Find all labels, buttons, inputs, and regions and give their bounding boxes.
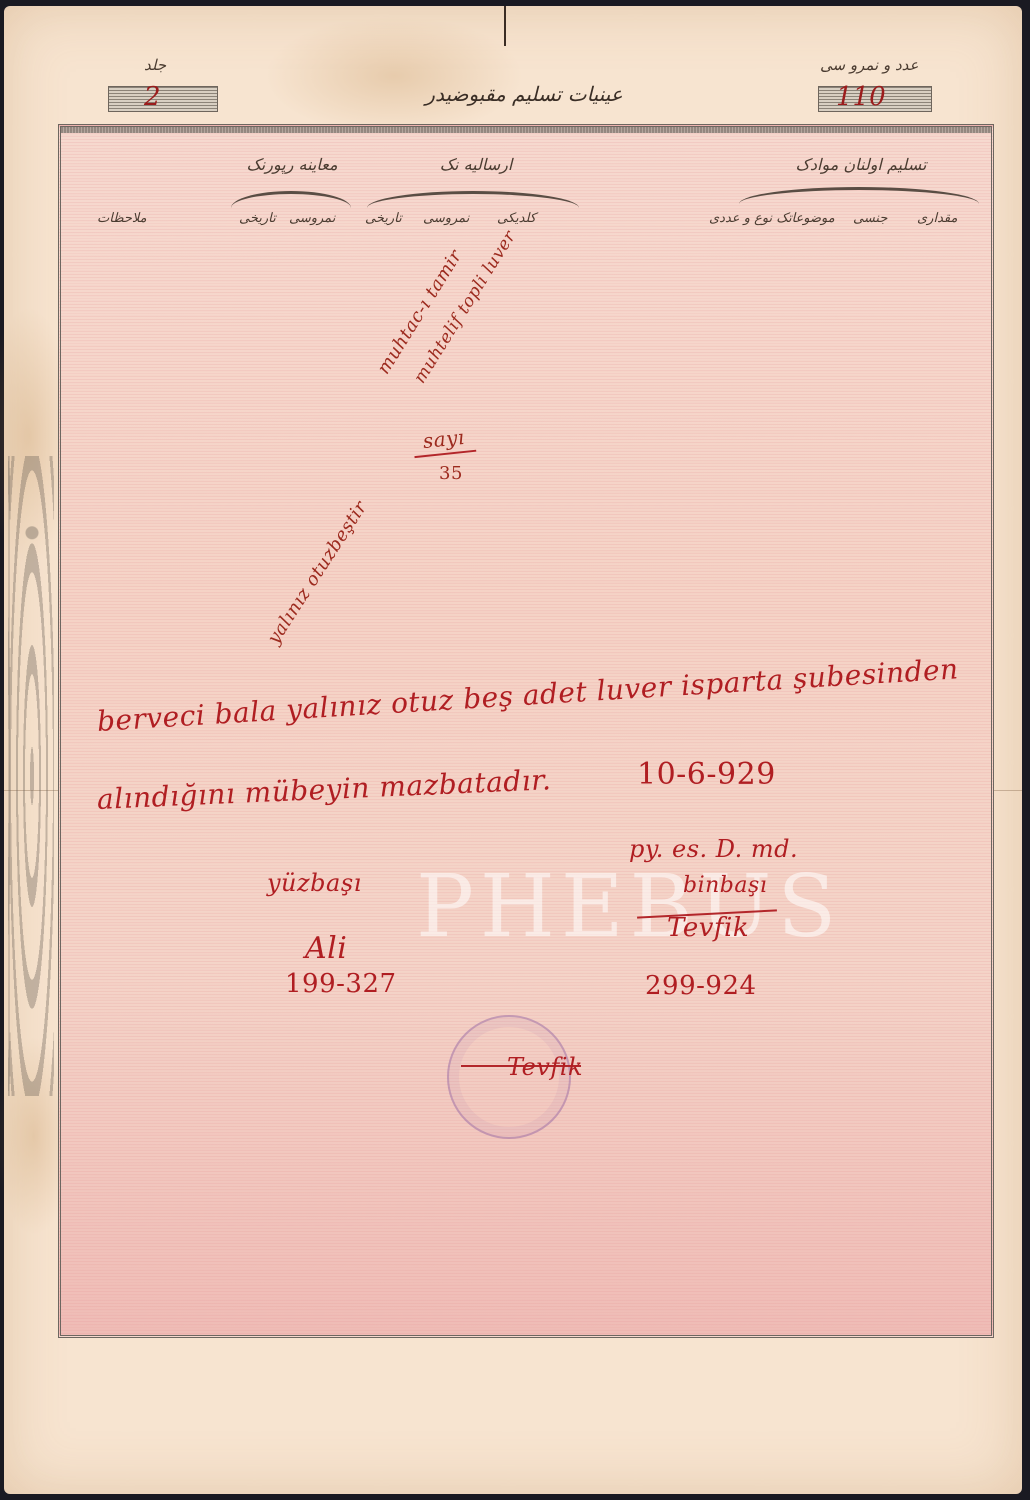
sequence-value: 110 [836,84,886,110]
paper-stain [264,16,524,136]
right-signatory-rank: binbaşı [683,873,767,898]
form-body: تسلیم اولنان موادک ارسالیه نک معاینه رپو… [58,124,994,1338]
annotation-count-label: sayı [412,424,476,458]
right-signatory-name: Tevfik [667,913,749,943]
fold-crease [504,6,506,46]
sequence-label: عدد و نمرو سی [820,56,919,74]
volume-box [108,86,218,112]
stamp-signature: Tevfik [507,1053,583,1081]
group-inspection-report: معاینه رپورنک [237,155,347,174]
form-top-rule [61,127,991,133]
watermark: PHEBUS [416,857,842,957]
group-brace [231,191,351,208]
annotation-count-words: yalınız otuzbeştir [263,497,371,648]
col-item-type-count: موضوعاتک نوع و عددی [709,211,835,226]
col-report-date: تاریخی [239,211,276,226]
page-title: عینیات تسلیم مقبوضیدر [384,82,664,106]
annotation-count-value: 35 [439,463,463,484]
group-brace [367,191,579,208]
group-shipment: ارسالیه نک [401,155,551,174]
right-signatory-unit: py. es. D. md. [629,835,798,863]
body-date: 10-6-929 [637,757,776,792]
col-report-number: نمروسی [289,211,335,226]
col-shipment-number: نمروسی [423,211,469,226]
col-quantity: مقداری [917,211,957,226]
left-signatory-number: 199-327 [285,969,397,999]
left-signatory-rank: yüzbaşı [267,869,362,897]
body-line-2: alındığını mübeyin mazbatadır. [96,763,552,816]
group-brace [739,187,979,204]
body-line-1: berveci bala yalınız otuz beş adet luver… [96,652,959,738]
ornamental-border [8,456,54,1096]
volume-label: جلد [144,56,166,74]
document-paper: جلد 2 عینیات تسلیم مقبوضیدر عدد و نمرو س… [4,6,1022,1494]
col-origin: کلدیکی [497,211,536,226]
col-remarks: ملاحظات [97,211,147,226]
group-delivered-materials: تسلیم اولنان موادک [761,155,961,174]
col-kind: جنسی [853,211,887,226]
col-shipment-date: تاریخی [365,211,402,226]
volume-value: 2 [144,84,161,110]
left-signatory-name: Ali [305,931,347,966]
right-signatory-number: 299-924 [645,971,757,1001]
